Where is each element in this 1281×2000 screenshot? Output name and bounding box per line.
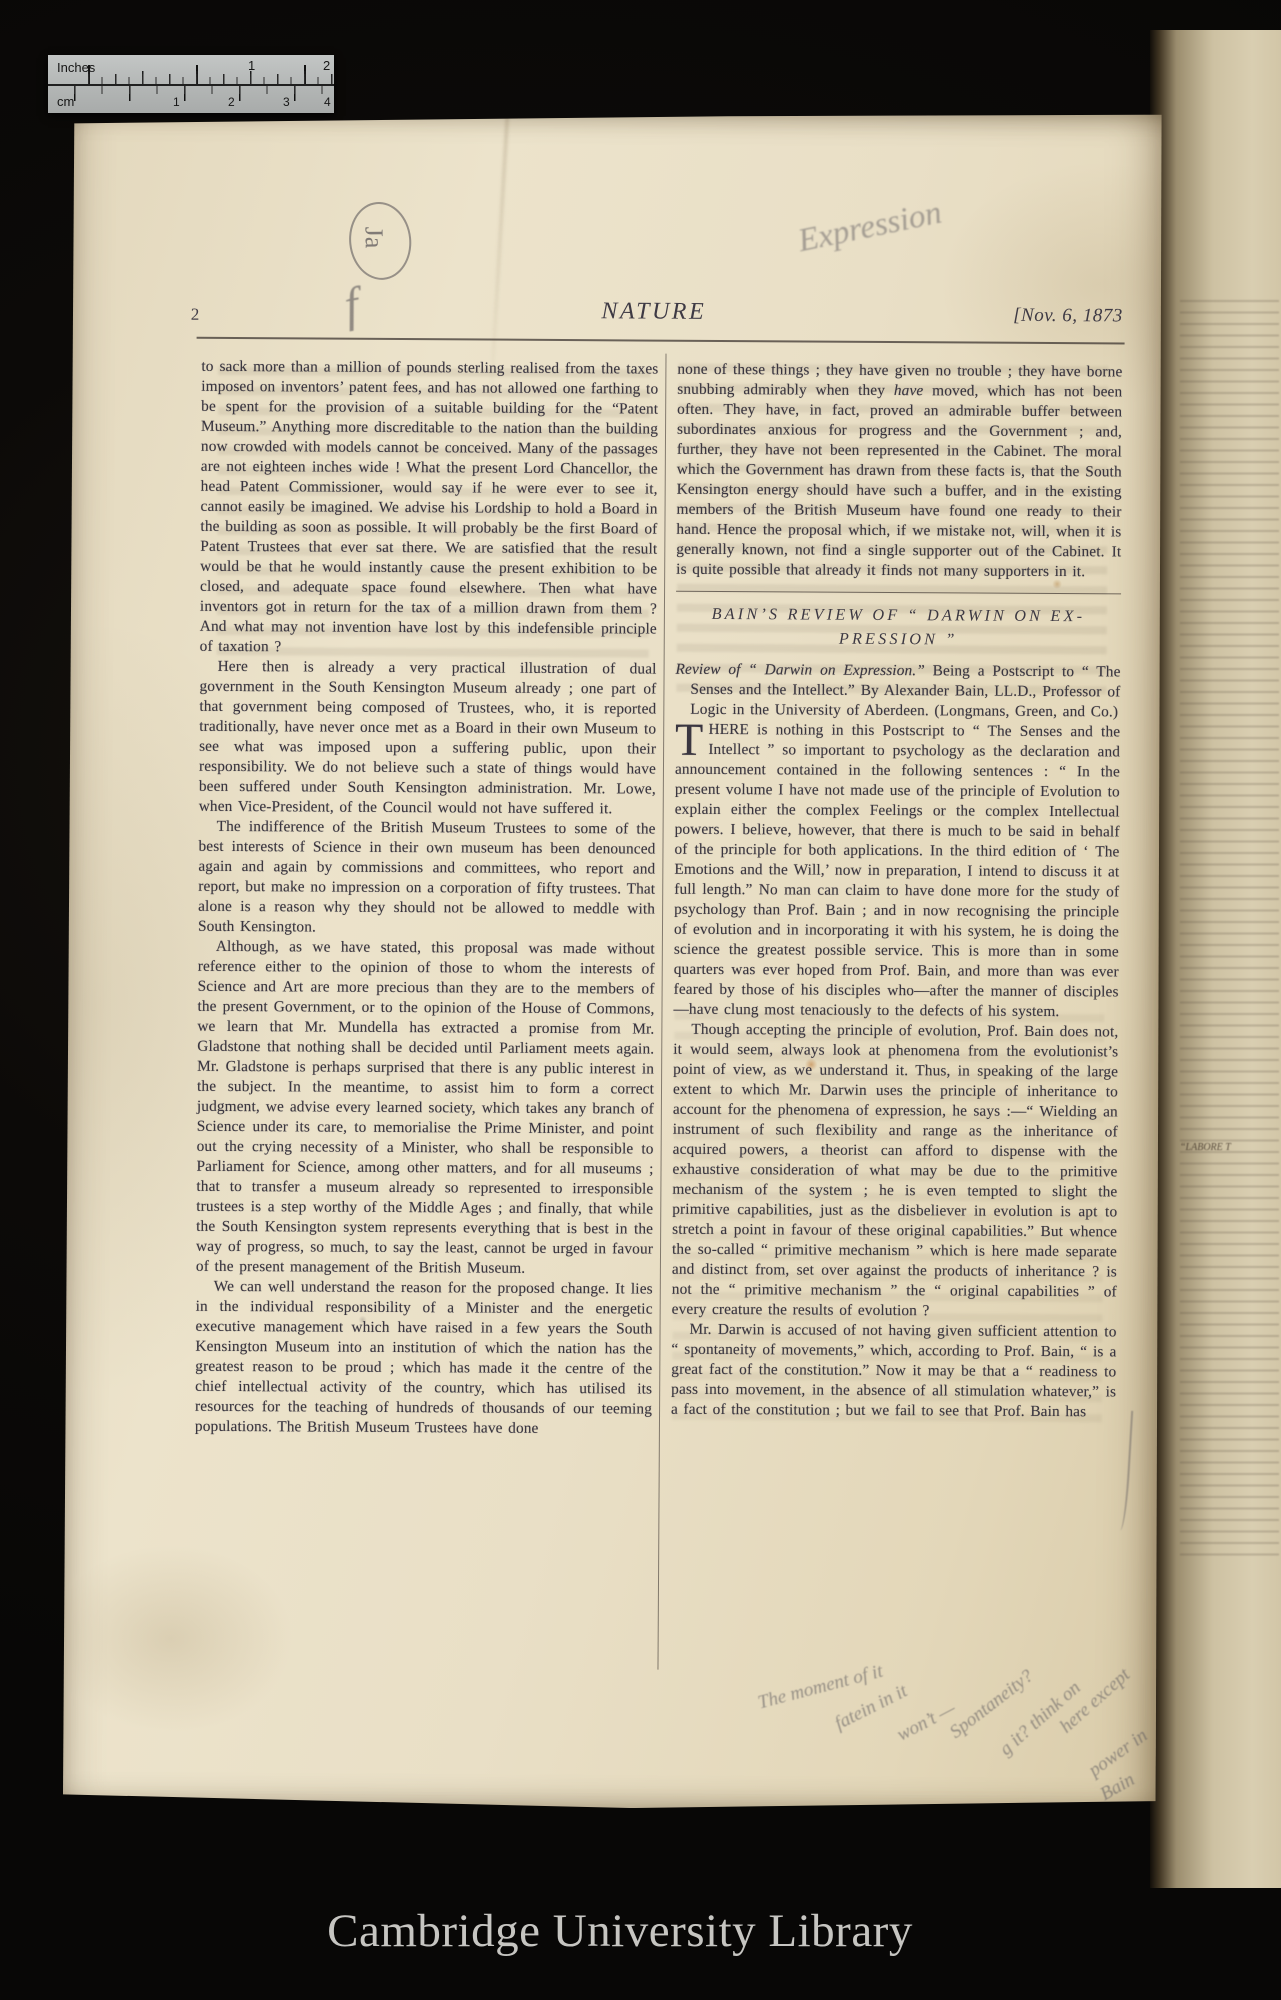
pencil-bottom-note: power in (1085, 1725, 1152, 1782)
opposing-page-edge (1150, 30, 1281, 1888)
citation-italic: Review of “ Darwin on Expression.” (676, 661, 925, 680)
pencil-note-expression: Expression (795, 195, 945, 261)
paragraph: The indifference of the British Museum T… (198, 817, 656, 940)
library-photo-scan: Inches 1 2 cm 1 2 3 4 5 “LABORE T Ja f E… (0, 0, 1281, 2000)
paragraph: Mr. Darwin is accused of not having give… (671, 1320, 1117, 1423)
opposing-page-blurred-text (1180, 300, 1279, 1560)
paragraph: Here then is already a very practical il… (199, 657, 657, 820)
masthead-rule (197, 337, 1125, 344)
paragraph: none of these things ; they have given n… (676, 360, 1122, 583)
paragraph-text: HERE is nothing in this Postscript to “ … (673, 721, 1120, 1020)
scanned-page: Ja f Expression 2 NATURE [Nov. 6, 1873 t… (60, 108, 1166, 1815)
ruler-cm-3: 3 (283, 95, 290, 109)
pencil-margin-scrawl: f (340, 277, 362, 333)
paragraph: to sack more than a million of pounds st… (200, 357, 659, 660)
pencil-bottom-note: Bain (1097, 1769, 1139, 1806)
paragraph: Though accepting the principle of evolut… (672, 1020, 1119, 1323)
paragraph: Although, as we have stated, this propos… (196, 937, 655, 1280)
article-text-block: to sack more than a million of pounds st… (202, 349, 1123, 355)
continuation-text: moved, which has not been often. They ha… (676, 382, 1122, 580)
pencil-bottom-note: fatein in it (831, 1681, 911, 1736)
pencil-bottom-note: g it? think on (996, 1677, 1086, 1760)
ruler-cm-label: cm (57, 94, 74, 109)
ruler-cm-2: 2 (228, 95, 235, 109)
issue-date: [Nov. 6, 1873 (1013, 305, 1123, 328)
right-column: none of these things ; they have given n… (671, 360, 1122, 1423)
pencil-circled-mark: Ja (346, 199, 415, 283)
pencil-circled-mark-text: Ja (359, 227, 389, 249)
section-divider-rule (676, 591, 1121, 595)
opposing-page-text-fragment: “LABORE T (1180, 1142, 1231, 1153)
ruler-cm-ticks (74, 86, 334, 103)
paragraph: We can well understand the reason for th… (195, 1277, 653, 1440)
left-column: to sack more than a million of pounds st… (195, 357, 659, 1440)
ruler-inch-ticks (88, 63, 334, 84)
pencil-bottom-note: here except (1056, 1664, 1135, 1738)
pencil-bottom-note: The moment of it (756, 1661, 886, 1715)
pencil-bottom-note: won’t — (894, 1698, 960, 1747)
ruler-inch-1: 1 (248, 58, 255, 73)
library-watermark: Cambridge University Library (0, 1904, 1240, 1958)
page-number: 2 (191, 305, 200, 325)
ruler-cm-4: 4 (324, 95, 331, 109)
book-citation: Review of “ Darwin on Expression.” Being… (675, 660, 1120, 723)
section-heading-line1: BAIN’S REVIEW OF “ DARWIN ON EX- (676, 602, 1121, 629)
paragraph-with-dropcap: THERE is nothing in this Postscript to “… (673, 720, 1120, 1023)
drop-cap: T (675, 720, 708, 758)
scale-ruler: Inches 1 2 cm 1 2 3 4 5 (48, 55, 334, 113)
section-heading: BAIN’S REVIEW OF “ DARWIN ON EX- PRESSIO… (676, 602, 1121, 653)
ruler-inch-2: 2 (323, 58, 330, 73)
pencil-bottom-note: Spontaneity? (946, 1666, 1038, 1744)
journal-title: NATURE (489, 298, 819, 327)
ruler-cm-1: 1 (173, 95, 180, 109)
section-heading-line2: PRESSION ” (676, 626, 1121, 653)
ruler-inches-label: Inches (57, 60, 95, 75)
continuation-italic: have (894, 382, 924, 399)
column-divider-rule (657, 354, 666, 1670)
pencil-margin-line (1114, 1410, 1133, 1530)
